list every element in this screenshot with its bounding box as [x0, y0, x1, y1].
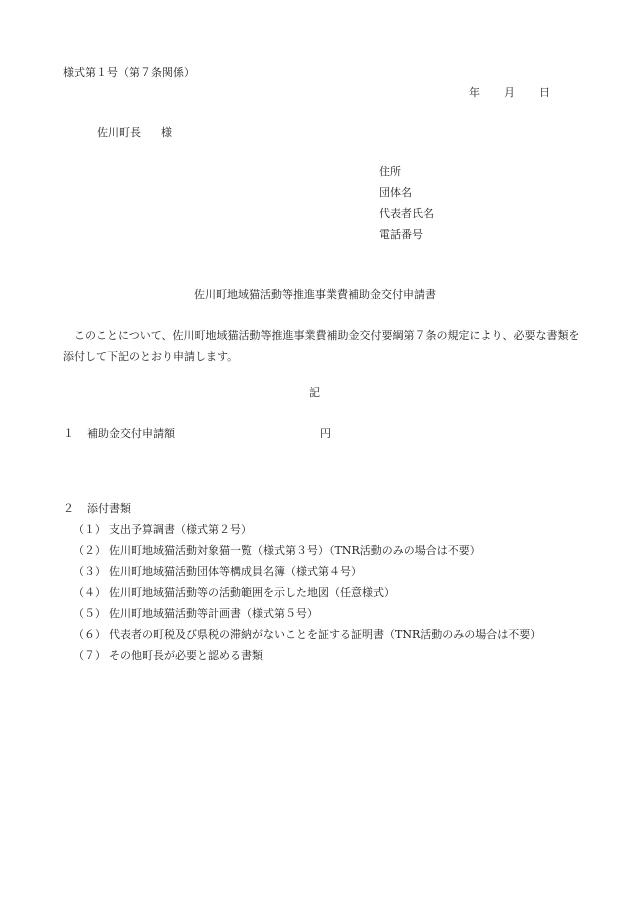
ki-heading: 記 [309, 387, 320, 398]
list-item: （７）その他町長が必要と認める書類 [73, 650, 541, 671]
field-label-organization: 団体名 [379, 187, 434, 208]
addressee: 佐川町長様 [97, 127, 172, 138]
date-year: 年 [469, 87, 480, 98]
list-item: （５）佐川町地域猫活動等計画書（様式第５号） [73, 608, 541, 629]
date-line: 年月日 [469, 87, 550, 98]
section-2-heading: ２添付書類 [63, 503, 131, 514]
section-1-label: 補助金交付申請額 [87, 427, 175, 440]
list-item: （６）代表者の町税及び県税の滞納がないことを証する証明書（TNR活動のみの場合は… [73, 629, 541, 650]
section-1-unit: 円 [320, 428, 331, 439]
body-paragraph: このことについて、佐川町地域猫活動等推進事業費補助金交付要綱第７条の規定により、… [63, 325, 583, 367]
document-title: 佐川町地域猫活動等推進事業費補助金交付申請書 [0, 289, 630, 300]
list-item: （１）支出予算調書（様式第２号） [73, 524, 541, 545]
applicant-fields: 住所 団体名 代表者氏名 電話番号 [379, 166, 434, 250]
section-1-request-amount: １補助金交付申請額 円 [63, 428, 175, 439]
list-item: （２）佐川町地域猫活動対象猫一覧（様式第３号）（TNR活動のみの場合は不要） [73, 545, 541, 566]
addressee-name: 佐川町長 [97, 126, 141, 139]
field-label-representative: 代表者氏名 [379, 208, 434, 229]
list-item: （３）佐川町地域猫活動団体等構成員名簿（様式第４号） [73, 566, 541, 587]
attachment-list: （１）支出予算調書（様式第２号） （２）佐川町地域猫活動対象猫一覧（様式第３号）… [73, 524, 541, 671]
field-label-address: 住所 [379, 166, 434, 187]
addressee-honorific: 様 [161, 126, 172, 139]
section-1-number: １ [63, 428, 87, 439]
list-item: （４）佐川町地域猫活動等の活動範囲を示した地図（任意様式） [73, 587, 541, 608]
section-2-label: 添付書類 [87, 502, 131, 515]
field-label-phone: 電話番号 [379, 229, 434, 250]
date-day: 日 [539, 87, 550, 98]
form-number: 様式第１号（第７条関係） [63, 67, 195, 78]
section-2-number: ２ [63, 503, 87, 514]
body-text: このことについて、佐川町地域猫活動等推進事業費補助金交付要綱第７条の規定により、… [63, 329, 580, 363]
date-month: 月 [504, 87, 515, 98]
